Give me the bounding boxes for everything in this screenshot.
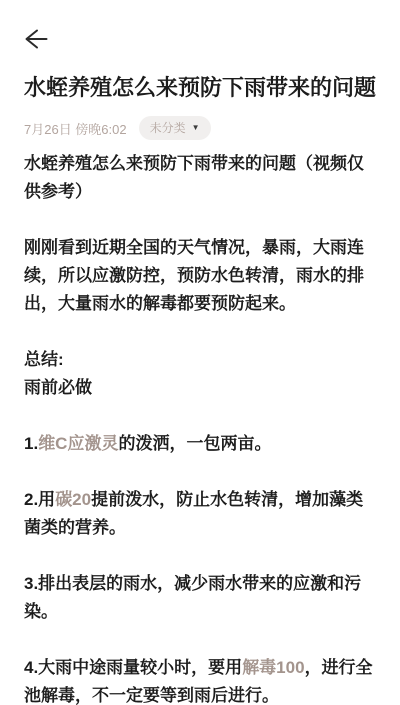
note-datetime: 7月26日 傍晚6:02: [24, 119, 127, 138]
text-run: 总结:: [24, 350, 64, 369]
text-run: 1.: [24, 434, 38, 453]
note-content: 水蛭养殖怎么来预防下雨带来的问题 7月26日 傍晚6:02 未分类 ▼ 水蛭养殖…: [0, 72, 400, 705]
note-paragraph: 2.用碳20提前泼水，防止水色转清，增加藻类菌类的营养。: [24, 486, 376, 542]
note-body[interactable]: 水蛭养殖怎么来预防下雨带来的问题（视频仅供参考）刚刚看到近期全国的天气情况，暴雨…: [24, 150, 376, 705]
text-run: 刚刚看到近期全国的天气情况，暴雨，大雨连续，所以应激防控，预防水色转清，雨水的排…: [24, 238, 364, 313]
top-bar: [0, 0, 400, 52]
highlighted-term: 维C应激灵: [38, 434, 118, 453]
notes-app-screen: 水蛭养殖怎么来预防下雨带来的问题 7月26日 傍晚6:02 未分类 ▼ 水蛭养殖…: [0, 0, 400, 705]
note-paragraph: 3.排出表层的雨水，减少雨水带来的应激和污染。: [24, 570, 376, 626]
category-label: 未分类: [150, 121, 186, 135]
back-arrow-icon: [22, 26, 49, 55]
note-blank-line: [24, 458, 376, 486]
text-run: 2.用: [24, 490, 55, 509]
note-blank-line: [24, 206, 376, 234]
note-blank-line: [24, 542, 376, 570]
note-blank-line: [24, 402, 376, 430]
note-paragraph: 总结:: [24, 346, 376, 374]
note-paragraph: 1.维C应激灵的泼洒，一包两亩。: [24, 430, 376, 458]
text-run: 水蛭养殖怎么来预防下雨带来的问题（视频仅供参考）: [24, 154, 364, 201]
note-paragraph: 刚刚看到近期全国的天气情况，暴雨，大雨连续，所以应激防控，预防水色转清，雨水的排…: [24, 234, 376, 318]
highlighted-term: 碳20: [55, 490, 91, 509]
text-run: 3.排出表层的雨水，减少雨水带来的应激和污染。: [24, 574, 361, 621]
text-run: 的泼洒，一包两亩。: [118, 434, 271, 453]
chevron-down-icon: ▼: [192, 124, 200, 132]
note-meta-row: 7月26日 傍晚6:02 未分类 ▼: [24, 116, 376, 140]
note-paragraph: 雨前必做: [24, 374, 376, 402]
note-paragraph: 水蛭养殖怎么来预防下雨带来的问题（视频仅供参考）: [24, 150, 376, 206]
back-button[interactable]: [22, 26, 49, 55]
text-run: 雨前必做: [24, 378, 92, 397]
note-title[interactable]: 水蛭养殖怎么来预防下雨带来的问题: [24, 72, 376, 104]
highlighted-term: 解毒100: [242, 658, 304, 677]
note-paragraph: 4.大雨中途雨量较小时，要用解毒100，进行全池解毒，不一定要等到雨后进行。: [24, 654, 376, 705]
category-selector[interactable]: 未分类 ▼: [139, 116, 211, 140]
note-blank-line: [24, 318, 376, 346]
text-run: 4.大雨中途雨量较小时，要用: [24, 658, 242, 677]
note-blank-line: [24, 626, 376, 654]
